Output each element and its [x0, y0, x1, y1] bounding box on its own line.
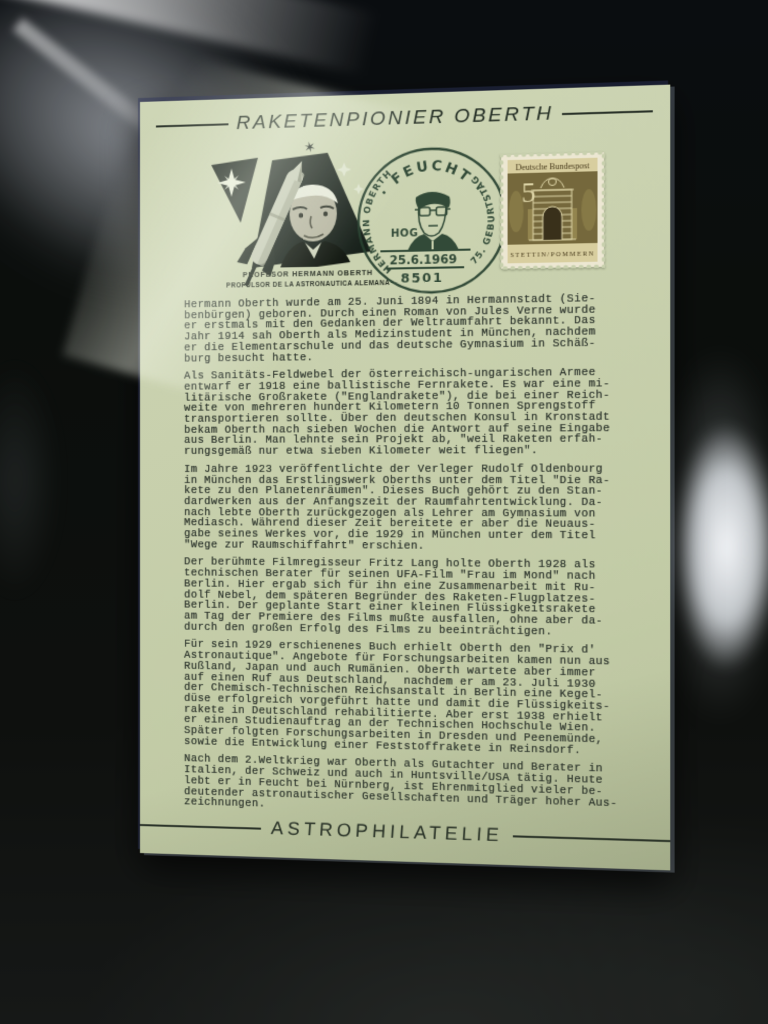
stamp-issuer: Deutsche Bundespost — [516, 161, 591, 172]
biography-text: Hermann Oberth wurde am 25. Juni 1894 in… — [184, 294, 622, 829]
postmark-date-rule-bottom — [387, 267, 465, 268]
body-paragraph-6: Nach dem 2.Weltkrieg war Oberth als Guta… — [184, 754, 622, 820]
footer-rule-right — [513, 835, 670, 842]
header: RAKETENPIONIER OBERTH — [140, 99, 670, 138]
body-paragraph-1: Hermann Oberth wurde am 25. Juni 1894 in… — [184, 294, 622, 365]
postmark-date: 25.6.1969 — [389, 252, 457, 268]
footer-rule-left — [140, 824, 261, 830]
page-title: RAKETENPIONIER OBERTH — [236, 103, 553, 135]
postmark-club: HOG — [391, 228, 419, 240]
body-paragraph-2: Als Sanitäts-Feldwebel der österreichisc… — [184, 368, 622, 458]
postmark-postal-code: 8501 — [401, 270, 444, 286]
header-rule-left — [156, 123, 228, 127]
body-paragraph-3: Im Jahre 1923 veröffentlichte der Verleg… — [184, 464, 622, 553]
postage-stamp: Deutsche Bundespost 5 STETTIN/POMMERN — [500, 151, 605, 269]
header-rule-right — [562, 110, 653, 115]
commemorative-sheet: RAKETENPIONIER OBERTH ✶ — [140, 85, 670, 871]
stamp-denomination: 5 — [521, 177, 535, 208]
stamp-motif: STETTIN/POMMERN — [510, 250, 595, 259]
body-paragraph-5: Für sein 1929 erschienenes Buch erhielt … — [184, 640, 622, 758]
cachet-pennant — [211, 158, 258, 224]
first-day-postmark: · FEUCHT · HERMANN OBERTH 75. GEBURTSTAG… — [353, 141, 510, 298]
postmark-portrait — [407, 191, 458, 251]
body-paragraph-4: Der berühmte Filmregisseur Fritz Lang ho… — [184, 558, 622, 639]
